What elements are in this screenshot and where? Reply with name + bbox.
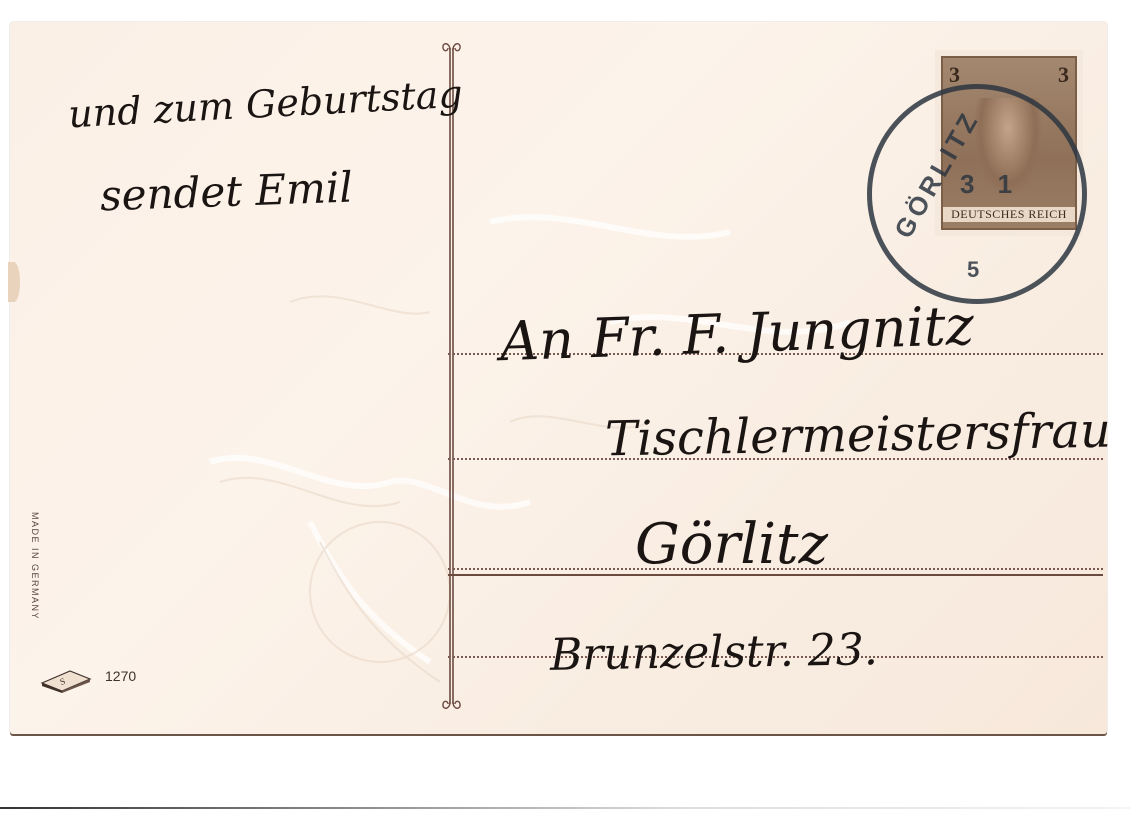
publisher-logo-icon: S: [40, 667, 92, 693]
postmark-date: 3 1: [960, 169, 1020, 200]
made-in-germany: MADE IN GERMANY: [30, 512, 40, 620]
postmark-number: 5: [967, 257, 979, 283]
scan-edge: [0, 807, 1130, 809]
stamp-value-right: 3: [1058, 62, 1069, 88]
address-city: Görlitz: [635, 512, 828, 577]
postcard: und zum Geburtstag sendet Emil An Fr. F.…: [10, 22, 1107, 734]
address-street: Brunzelstr. 23.: [550, 624, 879, 681]
address-recipient: An Fr. F. Jungnitz: [499, 294, 975, 374]
card-serial-number: 1270: [105, 668, 136, 684]
postmark: GÖRLITZ 3 1 5: [867, 84, 1087, 304]
card-notch: [8, 262, 20, 302]
message-line-1: und zum Geburtstag: [67, 72, 464, 137]
stamp-value-left: 3: [949, 62, 960, 88]
address-occupation: Tischlermeistersfrau: [605, 403, 1112, 468]
message-line-2: sendet Emil: [99, 163, 353, 221]
center-divider: [440, 40, 464, 712]
